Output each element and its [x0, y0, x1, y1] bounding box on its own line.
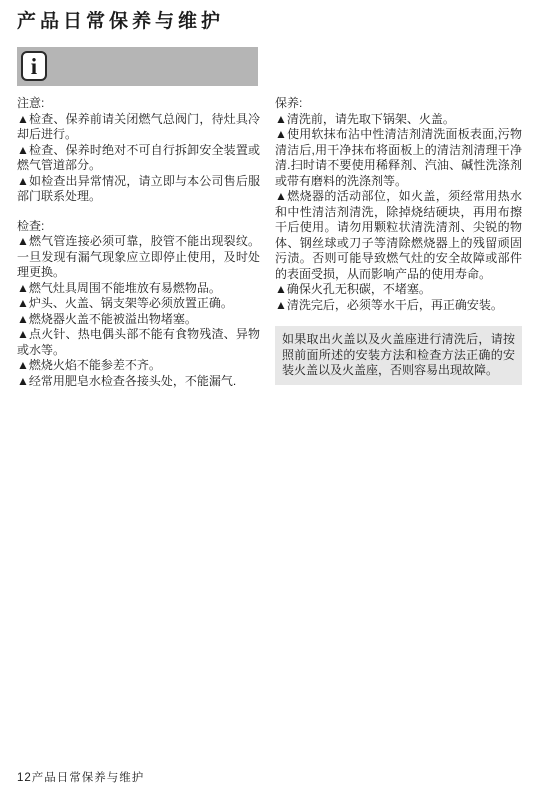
- notice-item: ▲检查、保养时绝对不可自行拆卸安全装置或燃气管道部分。: [17, 143, 260, 174]
- inspection-item: ▲经常用肥皂水检查各接头处，不能漏气.: [17, 374, 260, 390]
- maintenance-heading: 保养:: [275, 96, 522, 112]
- footer-page-number: 12: [17, 772, 32, 784]
- left-column: 注意: ▲检查、保养前请关闭燃气总阀门，待灶具冷却后进行。 ▲检查、保养时绝对不…: [17, 96, 260, 389]
- info-banner: i: [17, 47, 258, 86]
- inspection-item: ▲燃气灶具周围不能堆放有易燃物品。: [17, 281, 260, 297]
- right-column: 保养: ▲清洗前，请先取下锅架、火盖。 ▲使用软抹布沾中性清洁剂清洗面板表面,污…: [275, 96, 522, 385]
- page-title: 产品日常保养与维护: [17, 6, 224, 33]
- info-icon: i: [21, 51, 47, 81]
- inspection-heading: 检查:: [17, 219, 260, 235]
- notice-item: ▲检查、保养前请关闭燃气总阀门，待灶具冷却后进行。: [17, 112, 260, 143]
- manual-page: 产品日常保养与维护 i 注意: ▲检查、保养前请关闭燃气总阀门，待灶具冷却后进行…: [0, 0, 535, 798]
- footer-title: 产品日常保养与维护: [32, 772, 145, 784]
- section-notice: 注意: ▲检查、保养前请关闭燃气总阀门，待灶具冷却后进行。 ▲检查、保养时绝对不…: [17, 96, 260, 205]
- inspection-item: ▲点火针、热电偶头部不能有食物残渣、异物或水等。: [17, 327, 260, 358]
- note-box: 如果取出火盖以及火盖座进行清洗后，请按照前面所述的安装方法和检查方法正确的安装火…: [275, 326, 522, 385]
- page-footer: 12产品日常保养与维护: [17, 769, 144, 785]
- maintenance-item: ▲确保火孔无积碳，不堵塞。: [275, 282, 522, 298]
- section-inspection: 检查: ▲燃气管连接必须可靠，胶管不能出现裂纹。一旦发现有漏气现象应立即停止使用…: [17, 219, 260, 390]
- notice-heading: 注意:: [17, 96, 260, 112]
- maintenance-item: ▲清洗前，请先取下锅架、火盖。: [275, 112, 522, 128]
- maintenance-item: ▲使用软抹布沾中性清洁剂清洗面板表面,污物清洁后,用干净抹布将面板上的清洁剂清理…: [275, 127, 522, 189]
- inspection-item: ▲燃烧火焰不能参差不齐。: [17, 358, 260, 374]
- section-maintenance: 保养: ▲清洗前，请先取下锅架、火盖。 ▲使用软抹布沾中性清洁剂清洗面板表面,污…: [275, 96, 522, 313]
- notice-item: ▲如检查出异常情况，请立即与本公司售后服部门联系处理。: [17, 174, 260, 205]
- inspection-item: ▲燃气管连接必须可靠，胶管不能出现裂纹。一旦发现有漏气现象应立即停止使用，及时处…: [17, 234, 260, 281]
- note-box-text: 如果取出火盖以及火盖座进行清洗后，请按照前面所述的安装方法和检查方法正确的安装火…: [282, 332, 515, 379]
- inspection-item: ▲炉头、火盖、锅支架等必须放置正确。: [17, 296, 260, 312]
- maintenance-item: ▲清洗完后，必须等水干后，再正确安装。: [275, 298, 522, 314]
- inspection-item: ▲燃烧器火盖不能被溢出物堵塞。: [17, 312, 260, 328]
- maintenance-item: ▲燃烧器的活动部位，如火盖，须经常用热水和中性清洁剂清洗，除掉烧结硬块，再用布擦…: [275, 189, 522, 282]
